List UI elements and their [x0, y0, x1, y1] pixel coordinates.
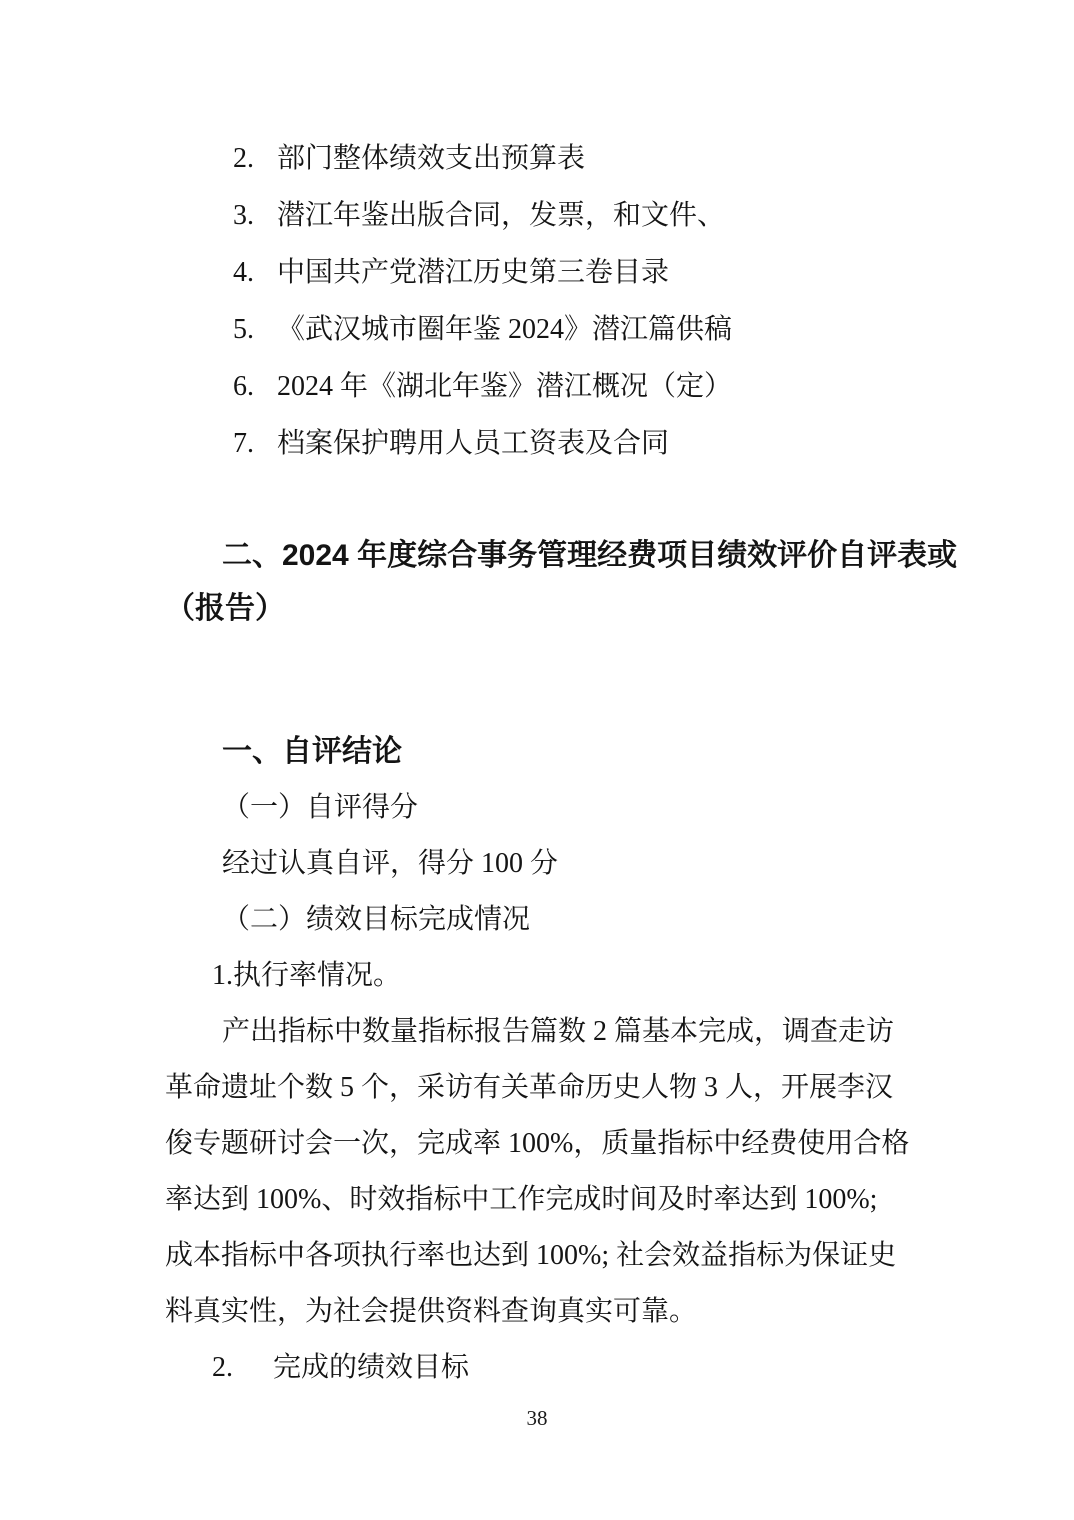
list-item-text: 潜江年鉴出版合同，发票，和文件、	[277, 200, 725, 231]
page-number: 38	[0, 1405, 1074, 1431]
section-heading-line1: 二、2024 年度综合事务管理经费项目绩效评价自评表或	[165, 529, 911, 582]
document-content: 2.部门整体绩效支出预算表 3.潜江年鉴出版合同，发票，和文件、 4.中国共产党…	[165, 130, 911, 1396]
section-heading-line2: （报告）	[165, 582, 911, 635]
list-item-text: 中国共产党潜江历史第三卷目录	[277, 257, 669, 288]
paragraph-line: 革命遗址个数 5 个，采访有关革命历史人物 3 人，开展李汉	[165, 1060, 911, 1116]
paragraph-line: 产出指标中数量指标报告篇数 2 篇基本完成，调查走访	[165, 1004, 911, 1060]
completed-goals-heading: 2.完成的绩效目标	[165, 1340, 911, 1396]
execution-rate-heading: 1.执行率情况。	[165, 948, 911, 1004]
attachment-list: 2.部门整体绩效支出预算表 3.潜江年鉴出版合同，发票，和文件、 4.中国共产党…	[165, 130, 911, 472]
list-item-number: 3.	[233, 187, 257, 244]
list-item-number: 6.	[233, 358, 257, 415]
paragraph-line: 成本指标中各项执行率也达到 100%; 社会效益指标为保证史	[165, 1228, 911, 1284]
paragraph-line: 料真实性，为社会提供资料查询真实可靠。	[165, 1284, 911, 1340]
list-item: 2.部门整体绩效支出预算表	[233, 130, 911, 187]
list-item: 5.《武汉城市圈年鉴 2024》潜江篇供稿	[233, 301, 911, 358]
list-item: 6.2024 年《湖北年鉴》潜江概况（定）	[233, 358, 911, 415]
list-item: 4.中国共产党潜江历史第三卷目录	[233, 244, 911, 301]
completed-goals-text: 完成的绩效目标	[273, 1352, 469, 1383]
list-item: 3.潜江年鉴出版合同，发票，和文件、	[233, 187, 911, 244]
list-item-number: 5.	[233, 301, 257, 358]
list-item-text: 《武汉城市圈年鉴 2024》潜江篇供稿	[277, 314, 732, 345]
self-eval-score-line: 经过认真自评，得分 100 分	[165, 836, 911, 892]
document-page: 2.部门整体绩效支出预算表 3.潜江年鉴出版合同，发票，和文件、 4.中国共产党…	[0, 0, 1074, 1520]
paragraph-line: 率达到 100%、时效指标中工作完成时间及时率达到 100%;	[165, 1172, 911, 1228]
paragraph-line: 俊专题研讨会一次，完成率 100%，质量指标中经费使用合格	[165, 1116, 911, 1172]
completed-goals-number: 2.	[212, 1340, 233, 1396]
goal-completion-heading: （二）绩效目标完成情况	[165, 892, 911, 948]
execution-rate-paragraph: 产出指标中数量指标报告篇数 2 篇基本完成，调查走访 革命遗址个数 5 个，采访…	[165, 1004, 911, 1340]
list-item-text: 部门整体绩效支出预算表	[277, 143, 585, 174]
list-item: 7.档案保护聘用人员工资表及合同	[233, 415, 911, 472]
list-item-text: 2024 年《湖北年鉴》潜江概况（定）	[277, 371, 732, 402]
list-item-number: 2.	[233, 130, 257, 187]
list-item-text: 档案保护聘用人员工资表及合同	[277, 428, 669, 459]
section-heading: 二、2024 年度综合事务管理经费项目绩效评价自评表或 （报告）	[165, 529, 911, 635]
self-eval-score-heading: （一）自评得分	[165, 780, 911, 836]
self-evaluation-section: 一、自评结论 （一）自评得分 经过认真自评，得分 100 分 （二）绩效目标完成…	[165, 724, 911, 1396]
self-eval-conclusion-heading: 一、自评结论	[165, 724, 911, 780]
list-item-number: 7.	[233, 415, 257, 472]
list-item-number: 4.	[233, 244, 257, 301]
